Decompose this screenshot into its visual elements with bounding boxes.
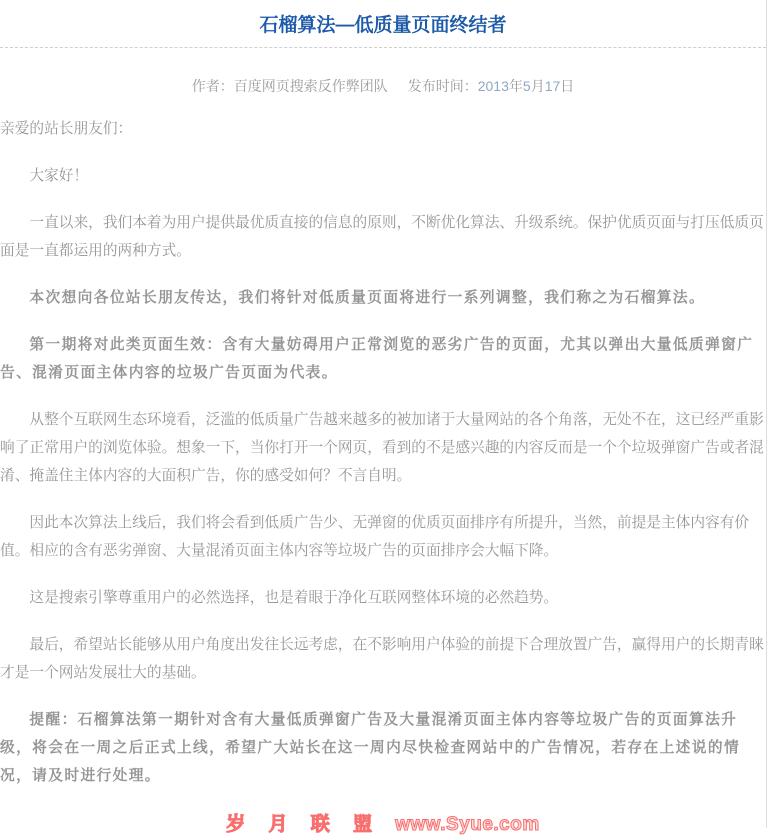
publish-day: 17 xyxy=(545,78,561,94)
publish-month: 5 xyxy=(523,78,531,94)
publish-label: 发布时间： xyxy=(408,78,478,94)
paragraph-advice: 最后，希望站长能够从用户角度出发往长远考虑，在不影响用户体验的前提下合理放置广告… xyxy=(0,631,766,687)
watermark: 岁 月 联 盟www.Syue.com xyxy=(0,813,766,837)
paragraph-trend: 这是搜索引擎尊重用户的必然选择，也是着眼于净化互联网整体环境的必然趋势。 xyxy=(0,584,766,612)
article-meta: 作者：百度网页搜索反作弊团队发布时间：2013年5月17日 xyxy=(0,76,766,96)
publish-day-unit: 日 xyxy=(560,78,574,94)
publish-year-unit: 年 xyxy=(509,78,523,94)
paragraph-principle: 一直以来，我们本着为用户提供最优质直接的信息的原则，不断优化算法、升级系统。保护… xyxy=(0,209,766,265)
paragraph-phase-one: 第一期将对此类页面生效：含有大量妨碍用户正常浏览的恶劣广告的页面，尤其以弹出大量… xyxy=(0,331,766,387)
publish-info: 发布时间：2013年5月17日 xyxy=(408,78,575,94)
paragraph-ecosystem: 从整个互联网生态环境看，泛滥的低质量广告越来越多的被加诸于大量网站的各个角落，无… xyxy=(0,406,766,490)
publish-year: 2013 xyxy=(478,78,509,94)
paragraph-ranking-effect: 因此本次算法上线后，我们将会看到低质广告少、无弹窗的优质页面排序有所提升，当然，… xyxy=(0,509,766,565)
dashed-divider xyxy=(0,47,766,48)
author-value: 百度网页搜索反作弊团队 xyxy=(234,78,388,94)
paragraph-hello: 大家好！ xyxy=(0,162,766,190)
publish-month-unit: 月 xyxy=(531,78,545,94)
author-label: 作者： xyxy=(192,78,234,94)
article-body: 亲爱的站长朋友们： 大家好！ 一直以来，我们本着为用户提供最优质直接的信息的原则… xyxy=(0,115,766,790)
paragraph-greeting: 亲爱的站长朋友们： xyxy=(0,115,766,143)
watermark-site-name: 岁 月 联 盟 xyxy=(226,814,381,835)
article-page: 石榴算法—低质量页面终结者 作者：百度网页搜索反作弊团队发布时间：2013年5月… xyxy=(0,0,776,838)
paragraph-reminder: 提醒：石榴算法第一期针对含有大量低质弹窗广告及大量混淆页面主体内容等垃圾广告的页… xyxy=(0,706,766,790)
page-title: 石榴算法—低质量页面终结者 xyxy=(0,0,766,39)
article-container: 石榴算法—低质量页面终结者 作者：百度网页搜索反作弊团队发布时间：2013年5月… xyxy=(0,0,767,828)
paragraph-announcement: 本次想向各位站长朋友传达，我们将针对低质量页面将进行一系列调整，我们称之为石榴算… xyxy=(0,284,766,312)
watermark-site-url: www.Syue.com xyxy=(395,814,540,835)
